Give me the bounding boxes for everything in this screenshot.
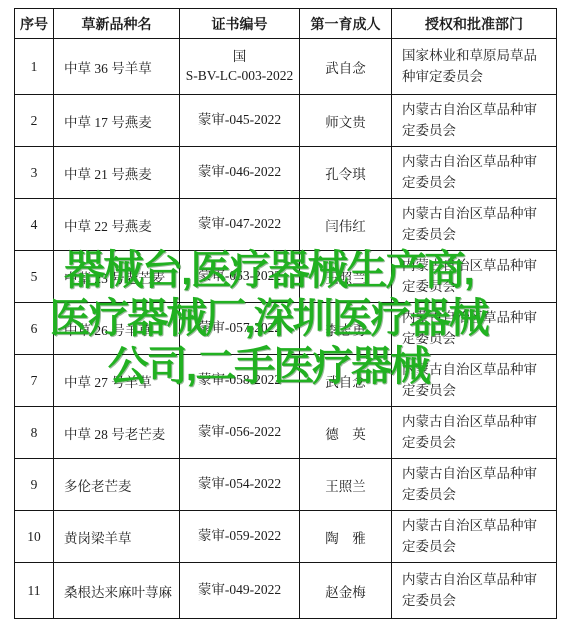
cell-approval-department: 内蒙古自治区草品种审定委员会	[392, 147, 557, 199]
cell-first-breeder: 闫伟红	[300, 199, 392, 251]
cell-variety-name: 桑根达来麻叶荨麻	[54, 563, 180, 619]
cell-approval-department: 国家林业和草原局草品种审定委员会	[392, 39, 557, 95]
page: 序号 草新品种名 证书编号 第一育成人 授权和批准部门 1 中草 36 号羊草 …	[0, 0, 565, 634]
cell-first-breeder: 武自念	[300, 39, 392, 95]
table-row: 2 中草 17 号燕麦 蒙审-045-2022 师文贵 内蒙古自治区草品种审定委…	[15, 95, 557, 147]
cell-variety-name: 黄岗梁羊草	[54, 511, 180, 563]
cell-approval-department: 内蒙古自治区草品种审定委员会	[392, 407, 557, 459]
cell-variety-name: 中草 36 号羊草	[54, 39, 180, 95]
table-row: 7 中草 27 号羊草 蒙审-058-2022 武自念 内蒙古自治区草品种审定委…	[15, 355, 557, 407]
cell-variety-name: 中草 27 号羊草	[54, 355, 180, 407]
cell-serial: 11	[15, 563, 54, 619]
cell-first-breeder: 王照兰	[300, 459, 392, 511]
cell-first-breeder: 武自念	[300, 355, 392, 407]
cell-serial: 10	[15, 511, 54, 563]
cell-variety-name: 中草 21 号燕麦	[54, 147, 180, 199]
col-header-department: 授权和批准部门	[392, 9, 557, 39]
cell-variety-name: 中草 23 号老芒麦	[54, 251, 180, 303]
table-row: 10 黄岗梁羊草 蒙审-059-2022 陶 雅 内蒙古自治区草品种审定委员会	[15, 511, 557, 563]
cell-first-breeder: 王照兰	[300, 251, 392, 303]
cell-variety-name: 中草 28 号老芒麦	[54, 407, 180, 459]
cell-first-breeder: 陶 雅	[300, 511, 392, 563]
cell-serial: 9	[15, 459, 54, 511]
cell-first-breeder: 李志勇	[300, 303, 392, 355]
cell-serial: 4	[15, 199, 54, 251]
cell-approval-department: 内蒙古自治区草品种审定委员会	[392, 459, 557, 511]
table-row: 11 桑根达来麻叶荨麻 蒙审-049-2022 赵金梅 内蒙古自治区草品种审定委…	[15, 563, 557, 619]
cell-serial: 6	[15, 303, 54, 355]
col-header-cert: 证书编号	[180, 9, 300, 39]
cell-certificate-number: 蒙审-049-2022	[180, 563, 300, 619]
cell-approval-department: 内蒙古自治区草品种审定委员会	[392, 563, 557, 619]
table-row: 9 多伦老芒麦 蒙审-054-2022 王照兰 内蒙古自治区草品种审定委员会	[15, 459, 557, 511]
header-row: 序号 草新品种名 证书编号 第一育成人 授权和批准部门	[15, 9, 557, 39]
col-header-breeder: 第一育成人	[300, 9, 392, 39]
grass-variety-table: 序号 草新品种名 证书编号 第一育成人 授权和批准部门 1 中草 36 号羊草 …	[14, 8, 557, 619]
cell-serial: 3	[15, 147, 54, 199]
cell-approval-department: 内蒙古自治区草品种审定委员会	[392, 251, 557, 303]
cell-certificate-number: 蒙审-059-2022	[180, 511, 300, 563]
cell-serial: 5	[15, 251, 54, 303]
table-body: 1 中草 36 号羊草 国 S-BV-LC-003-2022 武自念 国家林业和…	[15, 39, 557, 619]
table-row: 5 中草 23 号老芒麦 蒙审-053-2022 王照兰 内蒙古自治区草品种审定…	[15, 251, 557, 303]
table-row: 3 中草 21 号燕麦 蒙审-046-2022 孔令琪 内蒙古自治区草品种审定委…	[15, 147, 557, 199]
col-header-serial: 序号	[15, 9, 54, 39]
cell-certificate-number: 蒙审-046-2022	[180, 147, 300, 199]
cell-certificate-number: 蒙审-058-2022	[180, 355, 300, 407]
cell-approval-department: 内蒙古自治区草品种审定委员会	[392, 199, 557, 251]
cell-serial: 1	[15, 39, 54, 95]
cell-variety-name: 中草 17 号燕麦	[54, 95, 180, 147]
cell-variety-name: 多伦老芒麦	[54, 459, 180, 511]
cell-certificate-number: 蒙审-045-2022	[180, 95, 300, 147]
cell-approval-department: 内蒙古自治区草品种审定委员会	[392, 511, 557, 563]
table-row: 6 中草 26 号羊草 蒙审-057-2022 李志勇 内蒙古自治区草品种审定委…	[15, 303, 557, 355]
table-row: 1 中草 36 号羊草 国 S-BV-LC-003-2022 武自念 国家林业和…	[15, 39, 557, 95]
cell-variety-name: 中草 22 号燕麦	[54, 199, 180, 251]
cell-first-breeder: 德 英	[300, 407, 392, 459]
cell-certificate-number: 蒙审-057-2022	[180, 303, 300, 355]
cell-first-breeder: 孔令琪	[300, 147, 392, 199]
table-row: 8 中草 28 号老芒麦 蒙审-056-2022 德 英 内蒙古自治区草品种审定…	[15, 407, 557, 459]
cell-approval-department: 内蒙古自治区草品种审定委员会	[392, 95, 557, 147]
cell-certificate-number: 蒙审-054-2022	[180, 459, 300, 511]
table-row: 4 中草 22 号燕麦 蒙审-047-2022 闫伟红 内蒙古自治区草品种审定委…	[15, 199, 557, 251]
col-header-variety: 草新品种名	[54, 9, 180, 39]
cell-serial: 2	[15, 95, 54, 147]
cell-certificate-number: 蒙审-053-2022	[180, 251, 300, 303]
cell-serial: 7	[15, 355, 54, 407]
cell-certificate-number: 国 S-BV-LC-003-2022	[180, 39, 300, 95]
cell-first-breeder: 师文贵	[300, 95, 392, 147]
cell-variety-name: 中草 26 号羊草	[54, 303, 180, 355]
cell-serial: 8	[15, 407, 54, 459]
cell-first-breeder: 赵金梅	[300, 563, 392, 619]
cell-approval-department: 内蒙古自治区草品种审定委员会	[392, 355, 557, 407]
cell-certificate-number: 蒙审-047-2022	[180, 199, 300, 251]
cell-approval-department: 内蒙古自治区草品种审定委员会	[392, 303, 557, 355]
cell-certificate-number: 蒙审-056-2022	[180, 407, 300, 459]
